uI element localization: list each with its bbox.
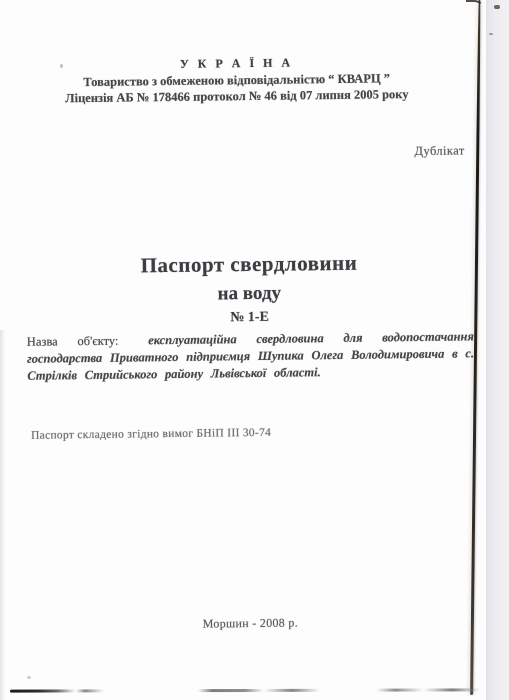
document-title-block: Паспорт свердловини на воду № 1-Е	[0, 249, 500, 329]
document-subtitle: на воду	[0, 280, 499, 308]
imprint-line: Моршин - 2008 р.	[3, 613, 497, 634]
object-paragraph: Назва об'єкту: експлуатаційна свердловин…	[27, 328, 475, 384]
document-header: У К Р А Ї Н А Товариство з обмеженою від…	[0, 53, 477, 107]
scanned-page: У К Р А Ї Н А Товариство з обмеженою від…	[0, 0, 509, 700]
duplicate-label: Дублікат	[397, 143, 481, 159]
document-number: № 1-Е	[0, 307, 500, 329]
standard-note: Паспорт складено згідно вимог БНіП ІІІ 3…	[31, 427, 271, 442]
document-title: Паспорт свердловини	[0, 249, 499, 280]
object-label: Назва об'єкту:	[27, 334, 119, 349]
document-content: У К Р А Ї Н А Товариство з обмеженою від…	[0, 0, 509, 700]
